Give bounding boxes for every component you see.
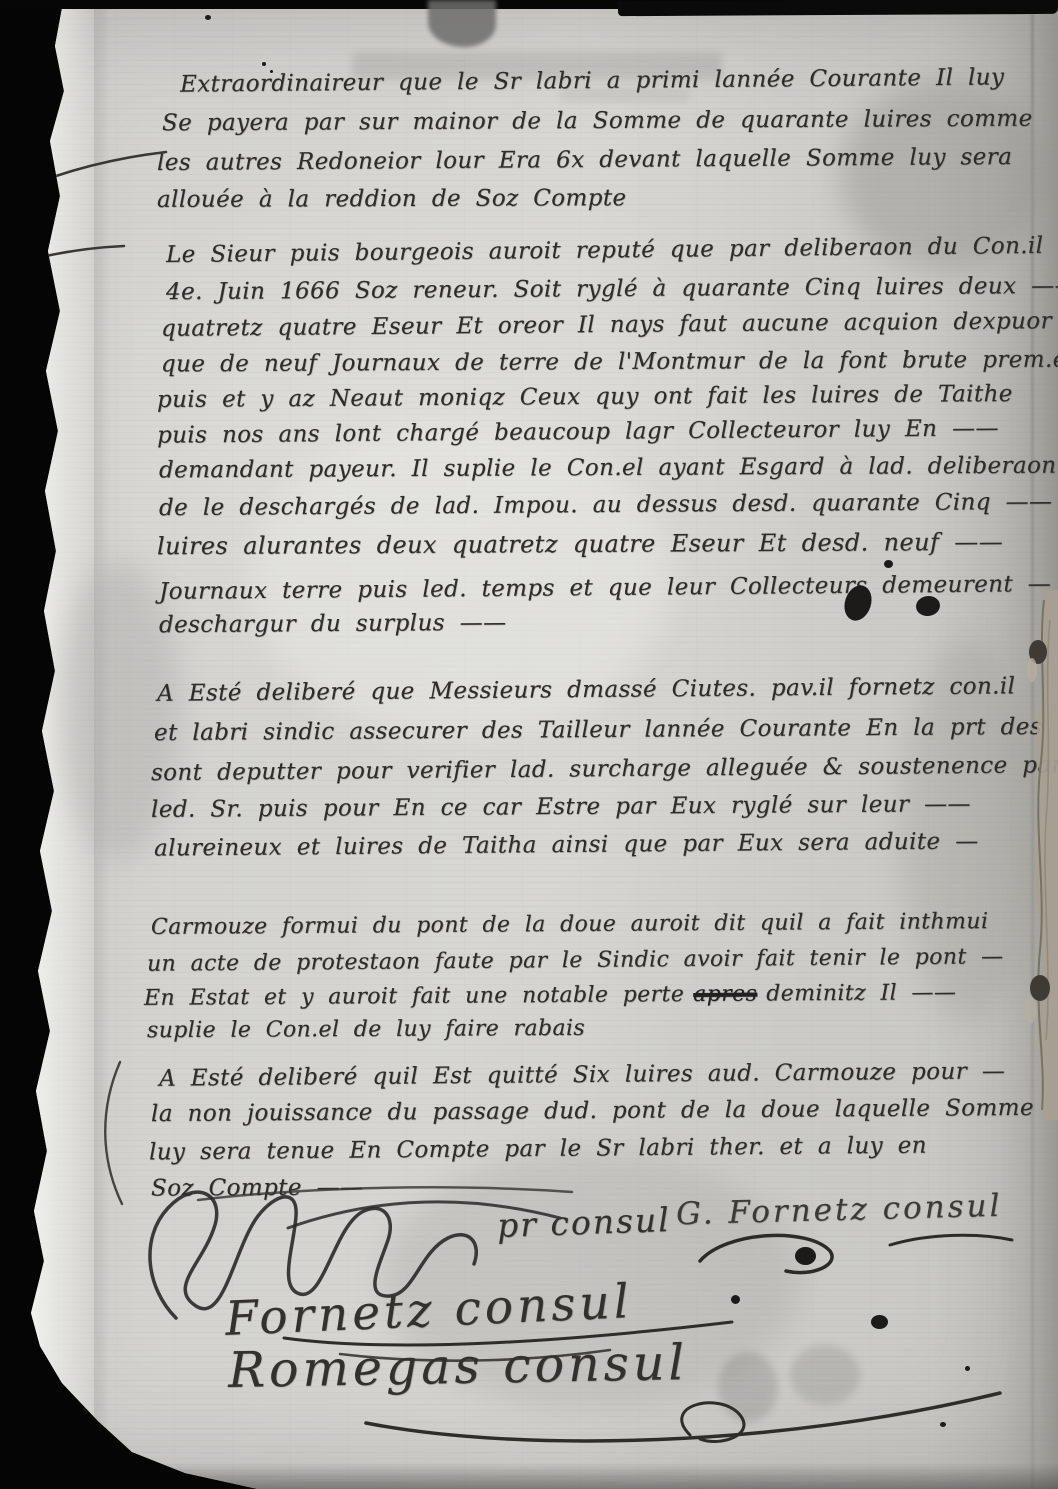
signature-title-pr-consul: pr consul bbox=[496, 1200, 671, 1245]
ink-speck bbox=[270, 70, 273, 73]
scanned-manuscript: Extraordinaireur que le Sr labri a primi… bbox=[0, 0, 1058, 1489]
margin-mark bbox=[52, 146, 172, 182]
manuscript-line: que de neuf Journaux de terre de l'Montm… bbox=[161, 347, 1058, 378]
ink-blot bbox=[731, 1295, 740, 1304]
bottom-shadow bbox=[0, 1463, 1058, 1489]
manuscript-line: suplie le Con.el de luy faire rabais bbox=[147, 1016, 585, 1043]
margin-mark bbox=[92, 1058, 142, 1208]
manuscript-page: Extraordinaireur que le Sr labri a primi… bbox=[0, 0, 1058, 1489]
struck-word: apres bbox=[693, 982, 757, 1007]
manuscript-line: deschargur du surplus —— bbox=[159, 610, 507, 638]
manuscript-line: Se payera par sur mainor de la Somme de … bbox=[162, 106, 1033, 137]
ink-blot bbox=[871, 1315, 888, 1329]
signature-swash bbox=[360, 1375, 1020, 1455]
ink-speck bbox=[965, 1366, 970, 1371]
top-scan-strip bbox=[618, 0, 1058, 16]
manuscript-line: demandant payeur. Il suplie le Con.el ay… bbox=[159, 453, 1057, 484]
ink-speck bbox=[262, 62, 266, 66]
line-segment: En Estat et y auroit fait une notable pe… bbox=[144, 982, 684, 1011]
damaged-edge bbox=[1018, 590, 1058, 1120]
ink-speck bbox=[940, 1422, 946, 1427]
ink-blot bbox=[795, 1247, 816, 1265]
manuscript-line: luires alurantes deux quatretz quatre Es… bbox=[157, 528, 1003, 560]
line-segment: deminitz Il —— bbox=[766, 980, 956, 1006]
margin-mark bbox=[44, 240, 129, 262]
underline-flourish bbox=[690, 1225, 1020, 1305]
manuscript-line: allouée à la reddion de Soz Compte bbox=[157, 185, 627, 213]
scan-stain bbox=[428, 0, 496, 47]
ink-speck bbox=[205, 15, 211, 20]
ink-blot bbox=[884, 560, 893, 568]
